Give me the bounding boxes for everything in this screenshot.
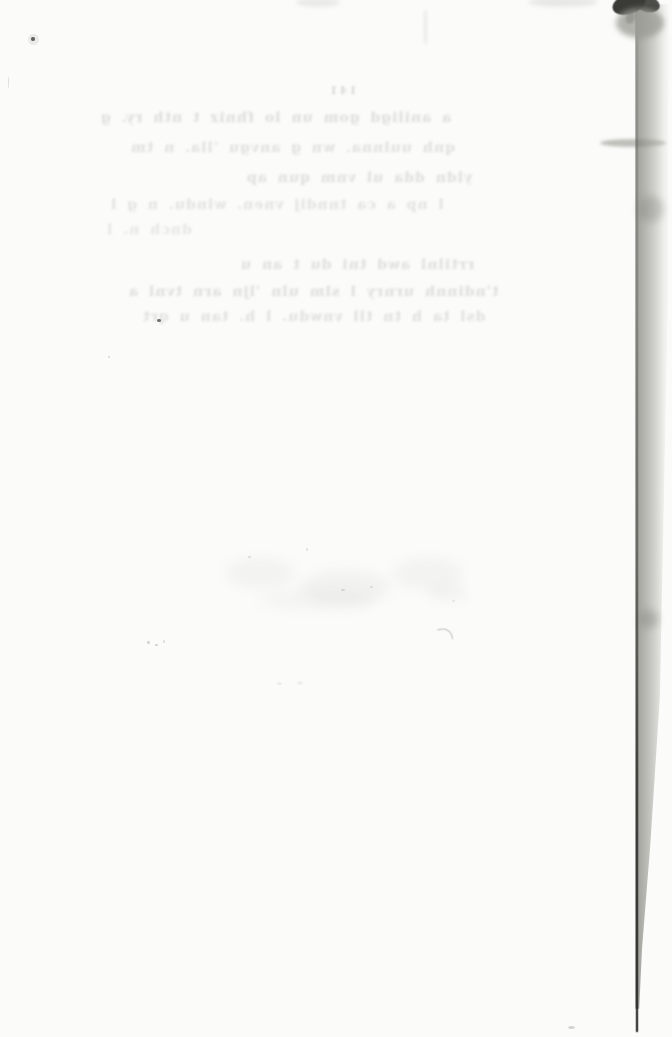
scan-speck <box>163 640 165 643</box>
paper-smudge <box>300 570 390 604</box>
scan-speck <box>28 34 39 45</box>
scan-speck <box>452 600 455 602</box>
paper-smudge <box>225 558 295 588</box>
scan-speck <box>568 1026 575 1029</box>
binding-blot <box>610 0 649 19</box>
scan-speck <box>277 682 282 685</box>
ghost-text-line: a aniligd gom un lo fhniz t nth ry. g <box>100 110 451 126</box>
scan-speck <box>248 556 251 558</box>
paper-smudge <box>600 139 666 147</box>
scan-speck <box>157 319 161 322</box>
edge-band-smudge <box>639 610 659 628</box>
ghost-text-line: dsl ta h tn tll vnwdu. l h. tan u qrt <box>142 309 485 325</box>
ghost-text-line: rrtilnl awd tni du t an u <box>240 257 474 273</box>
edge-band-smudge <box>638 196 664 222</box>
ghost-page-number: 141 <box>328 84 357 97</box>
scan-speck <box>370 586 373 588</box>
scan-speck <box>341 589 345 591</box>
page-edge-line <box>636 0 638 1032</box>
scanned-book-page: 141 a aniligd gom un lo fhniz t nth ry. … <box>0 0 672 1037</box>
book-edge-shadow <box>0 0 672 1037</box>
paper-smudge <box>424 10 427 44</box>
scan-speck <box>8 76 9 89</box>
ghost-text-line: dnch n. l <box>106 222 192 238</box>
scan-speck <box>108 356 110 358</box>
paper-smudge <box>258 590 378 610</box>
binding-blot <box>632 0 661 15</box>
binding-blot <box>616 8 664 38</box>
scan-speck <box>306 548 308 551</box>
binding-blot <box>624 11 638 26</box>
ghost-text-line: t'ndinnh urnry l slm uln 'ljn arn tvnl a <box>128 284 498 300</box>
pen-hook-mark <box>437 627 453 643</box>
paper-smudge <box>528 0 598 7</box>
ghost-text-line: qnh uulnna. wn g anvgu 'lla. n tm <box>130 140 455 156</box>
showthrough-text-block: 141 a aniligd gom un lo fhniz t nth ry. … <box>0 0 672 1037</box>
paper-smudge <box>296 0 340 7</box>
scan-specks-layer <box>0 0 672 1037</box>
scan-speck <box>31 37 35 41</box>
ghost-text-line: yldn dda ul vnm qun ap <box>246 170 472 186</box>
paper-stains-layer <box>0 0 672 1037</box>
page-edge-band <box>635 4 670 1009</box>
paper-smudge <box>428 584 468 602</box>
ghost-text-line: l np a ca tnndij vnen. wlndu. n g l <box>110 197 444 213</box>
paper-smudge <box>393 558 463 590</box>
scan-speck <box>147 641 150 644</box>
scan-speck <box>155 644 158 646</box>
scan-speck <box>297 681 303 685</box>
